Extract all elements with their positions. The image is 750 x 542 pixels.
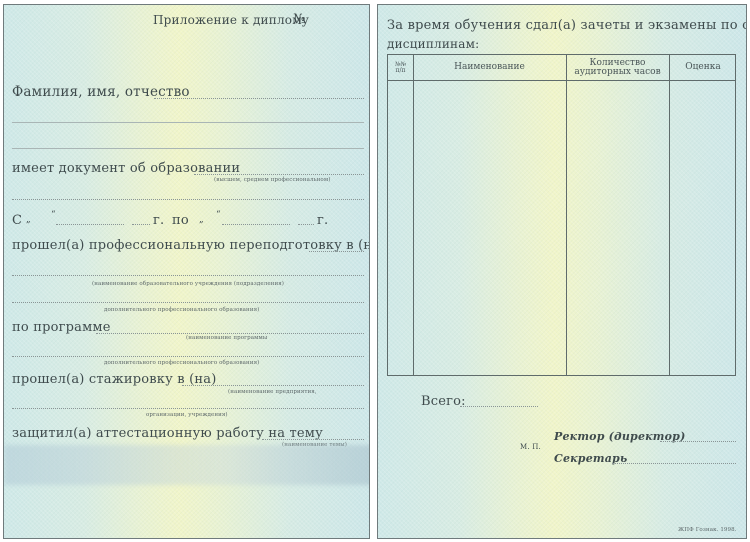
header-hours-line-2: аудиторных часов [574,68,660,77]
institution-hint-2: дополнительного профессионального образо… [104,307,259,313]
diploma-supplement-left-page: Приложение к диплому № Фамилия, имя, отч… [3,4,370,539]
diploma-number-sign: № [293,12,306,27]
program-hint-1: (наименование программы [186,335,267,341]
education-document-field-line-2[interactable] [12,199,364,200]
period-to-year-suffix: г. [317,213,328,228]
institution-hint-1: (наименование образовательного учреждени… [92,281,284,287]
thesis-topic-field[interactable] [262,439,364,440]
header-grade: Оценка [669,55,737,80]
period-to-open-quote: „ [199,215,204,225]
period-from-prefix: С [12,213,22,228]
program-field-line-2[interactable] [12,356,364,357]
retraining-institution-field[interactable] [309,251,364,252]
program-field[interactable] [96,333,364,334]
internship-hint-2: организации, учреждения) [146,412,228,418]
exams-intro-line-2: дисциплинам: [387,37,479,51]
header-hours: Количество аудиторных часов [566,55,669,80]
education-document-field[interactable] [194,174,364,175]
period-from-close-quote: “ [51,210,56,220]
table-header-divider [388,80,735,81]
period-from-year-field[interactable] [132,224,150,225]
period-to-date-field[interactable] [222,224,290,225]
internship-field[interactable] [182,385,364,386]
period-to-year-field[interactable] [298,224,314,225]
blurred-region [4,445,370,485]
retraining-institution-field-line-3[interactable] [12,302,364,303]
internship-hint-1: (наименование предприятия, [228,389,317,395]
internship-field-line-2[interactable] [12,408,364,409]
header-grade-label: Оценка [685,63,720,72]
period-from-year-suffix: г. [153,213,164,228]
period-from-date-field[interactable] [56,224,124,225]
full-name-field[interactable] [154,98,364,99]
column-divider [566,55,567,375]
period-from-open-quote: „ [26,215,31,225]
period-to-word: по [172,213,189,228]
column-divider [413,55,414,375]
disciplines-table: №№ п/п Наименование Количество аудиторны… [387,54,736,376]
printer-mark: ЖПФ Гознак. 1998. [678,527,737,533]
total-field[interactable] [460,406,538,407]
period-to-close-quote: “ [216,210,221,220]
stamp-label: М. П. [520,443,541,451]
program-hint-2: дополнительного профессионального образо… [104,360,259,366]
header-name: Наименование [413,55,566,80]
header-number: №№ п/п [388,55,413,80]
column-divider [669,55,670,375]
supplement-title: Приложение к диплому [153,13,309,27]
retraining-institution-field-line-2[interactable] [12,275,364,276]
header-number-line-2: п/п [395,68,405,74]
secretary-signature-field[interactable] [612,463,736,464]
rector-signature-field[interactable] [660,441,736,442]
exams-intro-line-1: За время обучения сдал(а) зачеты и экзам… [387,18,747,33]
education-document-hint: (высшем, среднем профессиональном) [214,177,330,183]
full-name-field-line-2[interactable] [12,122,364,123]
diploma-supplement-right-page: За время обучения сдал(а) зачеты и экзам… [377,4,747,539]
full-name-field-line-3[interactable] [12,148,364,149]
header-name-label: Наименование [454,63,525,72]
